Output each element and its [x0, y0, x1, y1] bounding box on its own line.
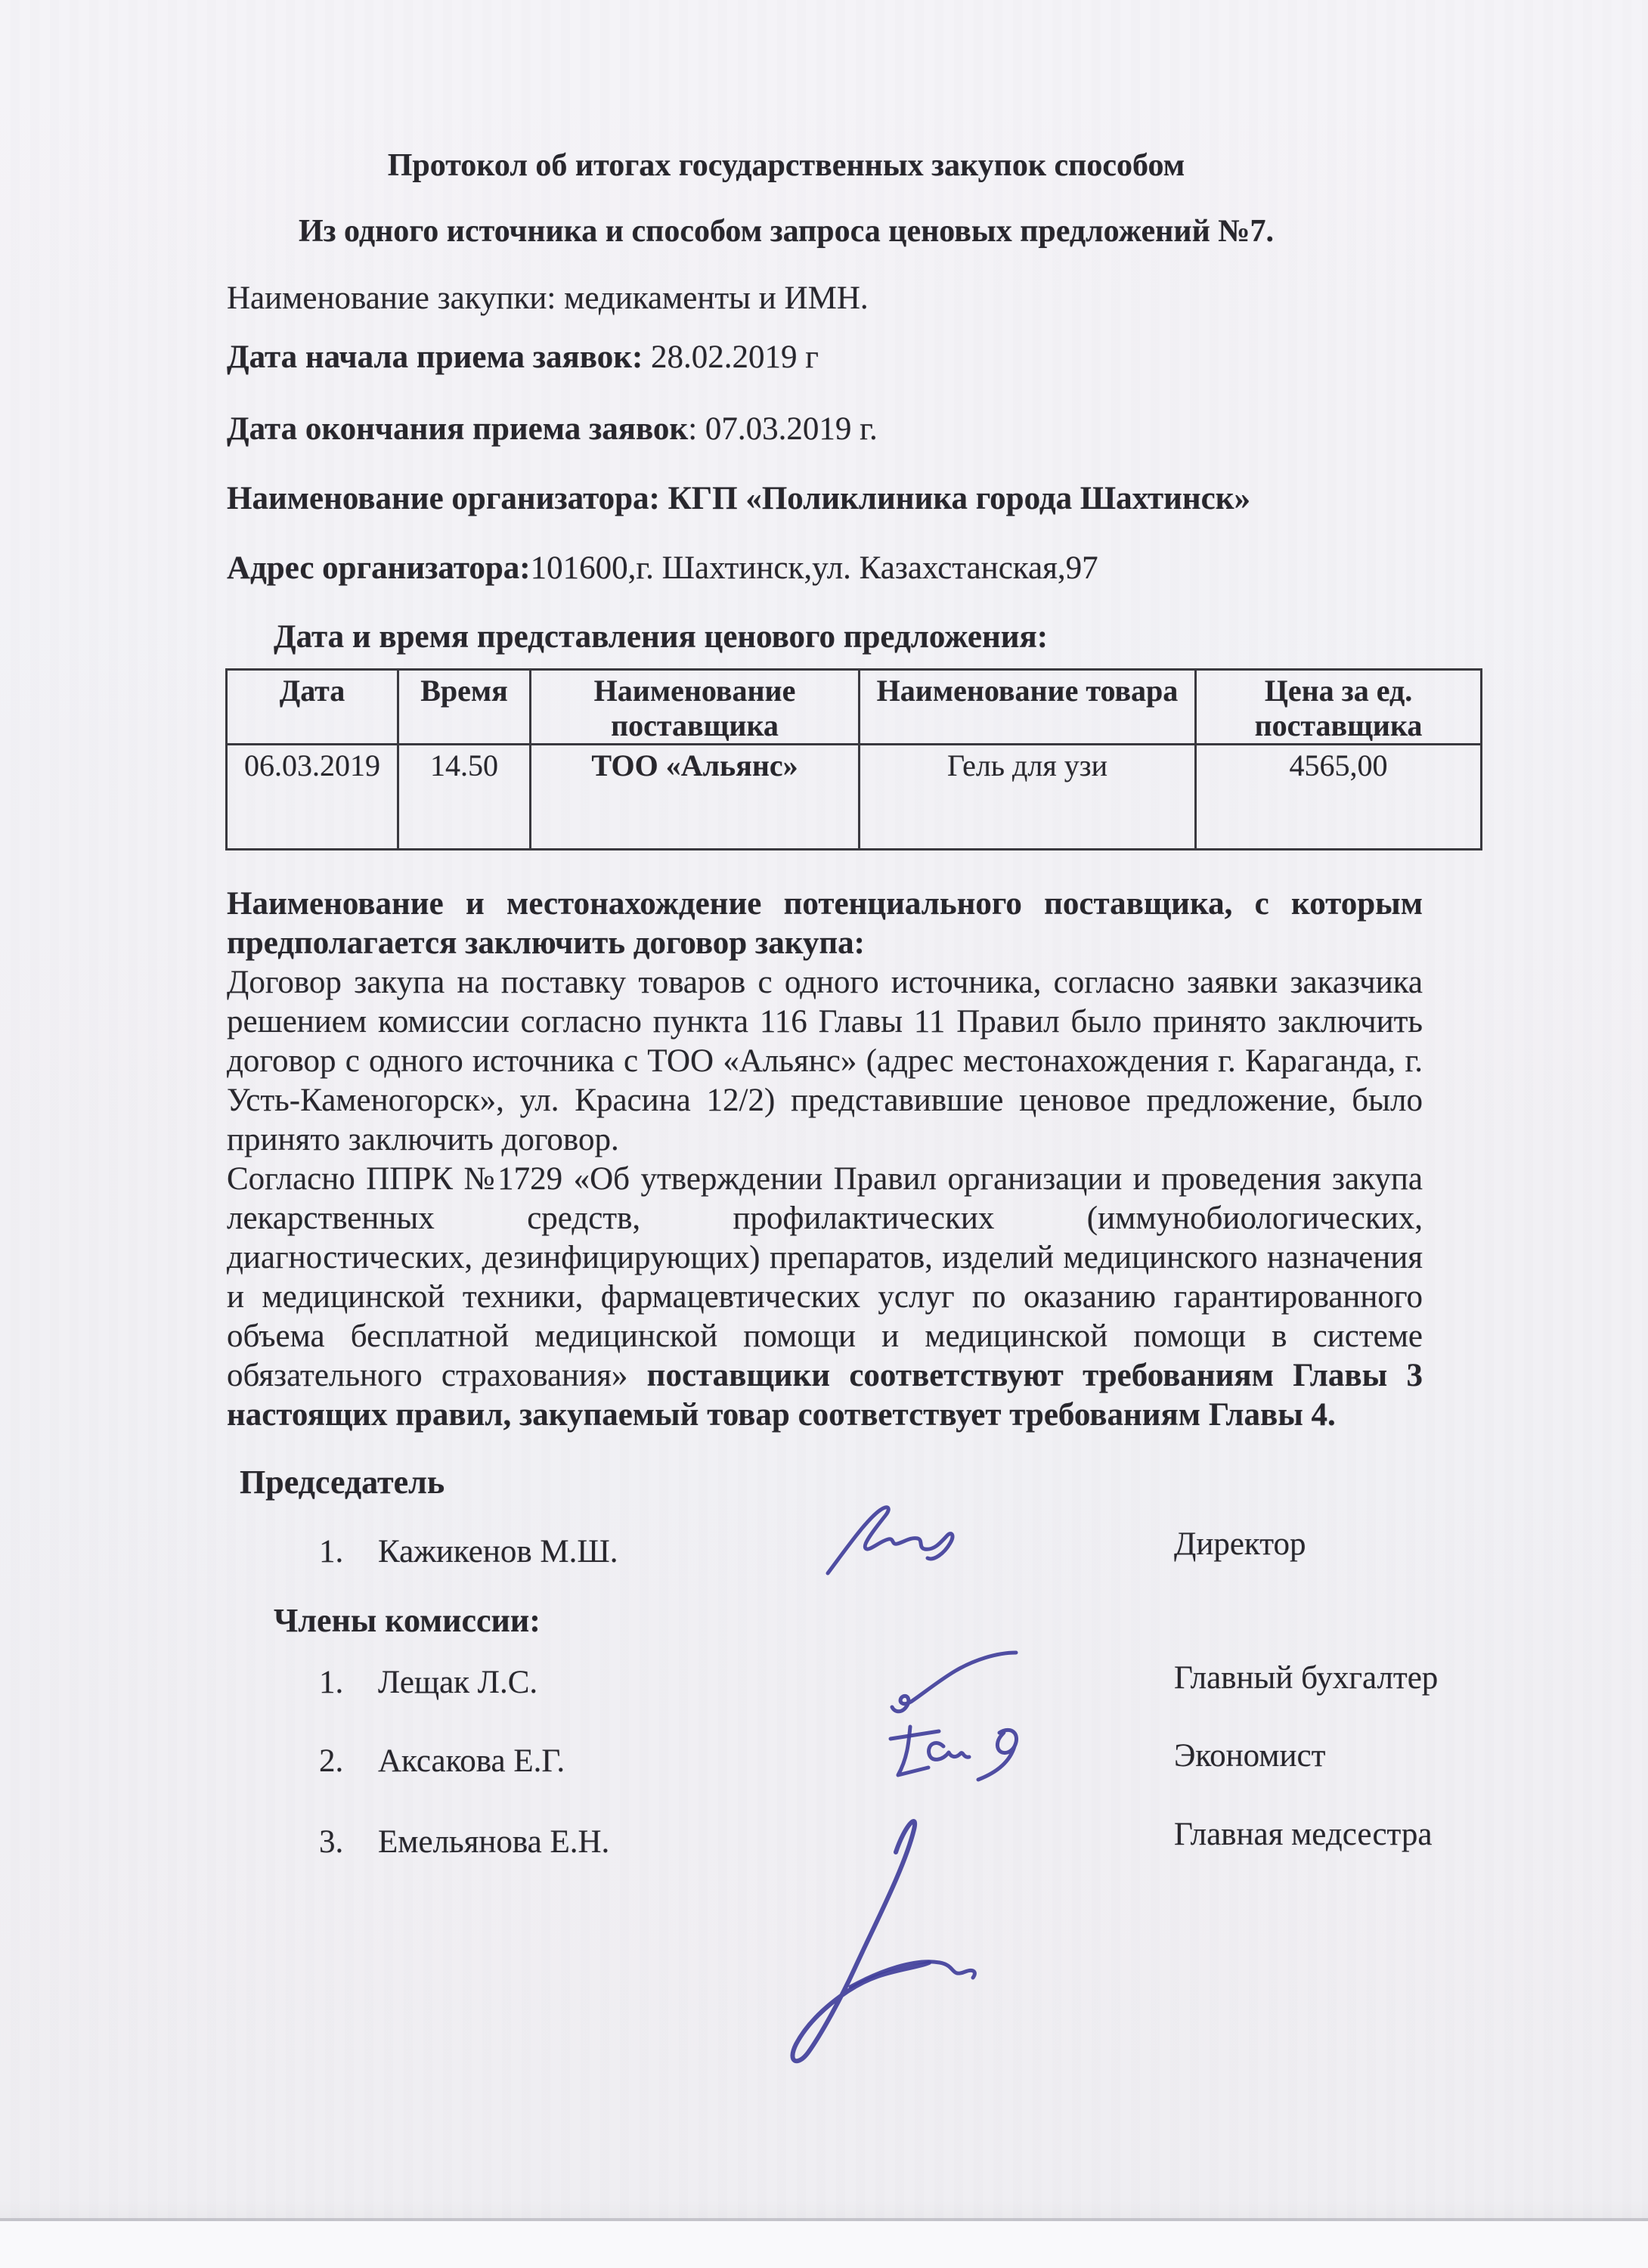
col-header-time: Время — [398, 670, 531, 745]
cell-time: 14.50 — [398, 745, 531, 850]
member-2-position: Экономист — [1174, 1737, 1325, 1774]
member-2-number: 2. — [319, 1743, 378, 1780]
col-header-supplier: Наименование поставщика — [531, 670, 860, 745]
member-row-3: 3.Емельянова Е.Н. — [319, 1823, 609, 1861]
member-2-name: Аксакова Е.Г. — [378, 1743, 565, 1779]
member-1-position: Главный бухгалтер — [1174, 1659, 1438, 1696]
chairman-number: 1. — [319, 1533, 378, 1570]
start-date-value: 28.02.2019 г — [643, 339, 819, 375]
start-date-label: Дата начала приема заявок: — [227, 339, 643, 375]
purchase-name-value: медикаменты и ИМН. — [556, 280, 868, 316]
organizer-address-line: Адрес организатора:101600,г. Шахтинск,ул… — [227, 550, 1098, 587]
member-3-number: 3. — [319, 1823, 378, 1861]
member-row-2: 2.Аксакова Е.Г. — [319, 1743, 565, 1780]
end-date-value: : 07.03.2019 г. — [688, 411, 877, 447]
chairman-position: Директор — [1174, 1526, 1306, 1563]
start-date-line: Дата начала приема заявок: 28.02.2019 г — [227, 339, 819, 376]
organizer-value: КГП «Поликлиника города Шахтинск» — [660, 481, 1250, 516]
col-header-product: Наименование товара — [860, 670, 1196, 745]
cell-price: 4565,00 — [1196, 745, 1482, 850]
end-date-line: Дата окончания приема заявок: 07.03.2019… — [227, 411, 878, 448]
doc-title-line2: Из одного источника и способом запроса ц… — [219, 213, 1353, 249]
contract-paragraph-2: Согласно ППРК №1729 «Об утверждении Прав… — [227, 1160, 1423, 1435]
member-row-1: 1.Лещак Л.С. — [319, 1664, 537, 1701]
price-offer-heading: Дата и время представления ценового пред… — [274, 618, 1048, 655]
table-row: 06.03.2019 14.50 ТОО «Альянс» Гель для у… — [227, 745, 1482, 850]
member-1-name: Лещак Л.С. — [378, 1665, 537, 1700]
contract-paragraphs: Наименование и местонахождение потенциал… — [227, 885, 1423, 1435]
chairman-signature — [820, 1501, 979, 1584]
table-header-row: Дата Время Наименование поставщика Наиме… — [227, 670, 1482, 745]
purchase-name-label: Наименование закупки: — [227, 280, 556, 316]
organizer-label: Наименование организатора: — [227, 481, 660, 516]
cell-supplier: ТОО «Альянс» — [531, 745, 860, 850]
organizer-line: Наименование организатора: КГП «Поликлин… — [227, 480, 1250, 517]
member-3-position: Главная медсестра — [1174, 1816, 1432, 1853]
chairman-name: Кажикенов М.Ш. — [378, 1534, 618, 1569]
purchase-name-line: Наименование закупки: медикаменты и ИМН. — [227, 280, 869, 317]
cell-product: Гель для узи — [860, 745, 1196, 850]
chairman-row: 1.Кажикенов М.Ш. — [319, 1533, 618, 1570]
scanner-background — [0, 2221, 1648, 2268]
doc-title-line1: Протокол об итогах государственных закуп… — [219, 147, 1353, 184]
member-3-signature — [775, 1807, 994, 2071]
cell-date: 06.03.2019 — [227, 745, 398, 850]
contract-paragraph-1: Договор закупа на поставку товаров с одн… — [227, 963, 1423, 1160]
member-3-name: Емельянова Е.Н. — [378, 1824, 609, 1860]
member-2-signature — [884, 1715, 1028, 1790]
scanned-protocol-page: { "doc": { "title_line1": "Протокол об и… — [0, 0, 1648, 2268]
supplier-location-heading: Наименование и местонахождение потенциал… — [227, 885, 1423, 963]
end-date-label: Дата окончания приема заявок — [227, 411, 688, 447]
col-header-price: Цена за ед. поставщика — [1196, 670, 1482, 745]
organizer-address-value: 101600,г. Шахтинск,ул. Казахстанская,97 — [531, 550, 1098, 586]
col-header-date: Дата — [227, 670, 398, 745]
chairman-heading: Председатель — [240, 1463, 445, 1501]
member-1-number: 1. — [319, 1664, 378, 1701]
member-1-signature — [886, 1647, 1022, 1718]
members-heading: Члены комиссии: — [274, 1601, 541, 1640]
organizer-address-label: Адрес организатора: — [227, 550, 531, 586]
price-offer-table: Дата Время Наименование поставщика Наиме… — [225, 668, 1482, 850]
